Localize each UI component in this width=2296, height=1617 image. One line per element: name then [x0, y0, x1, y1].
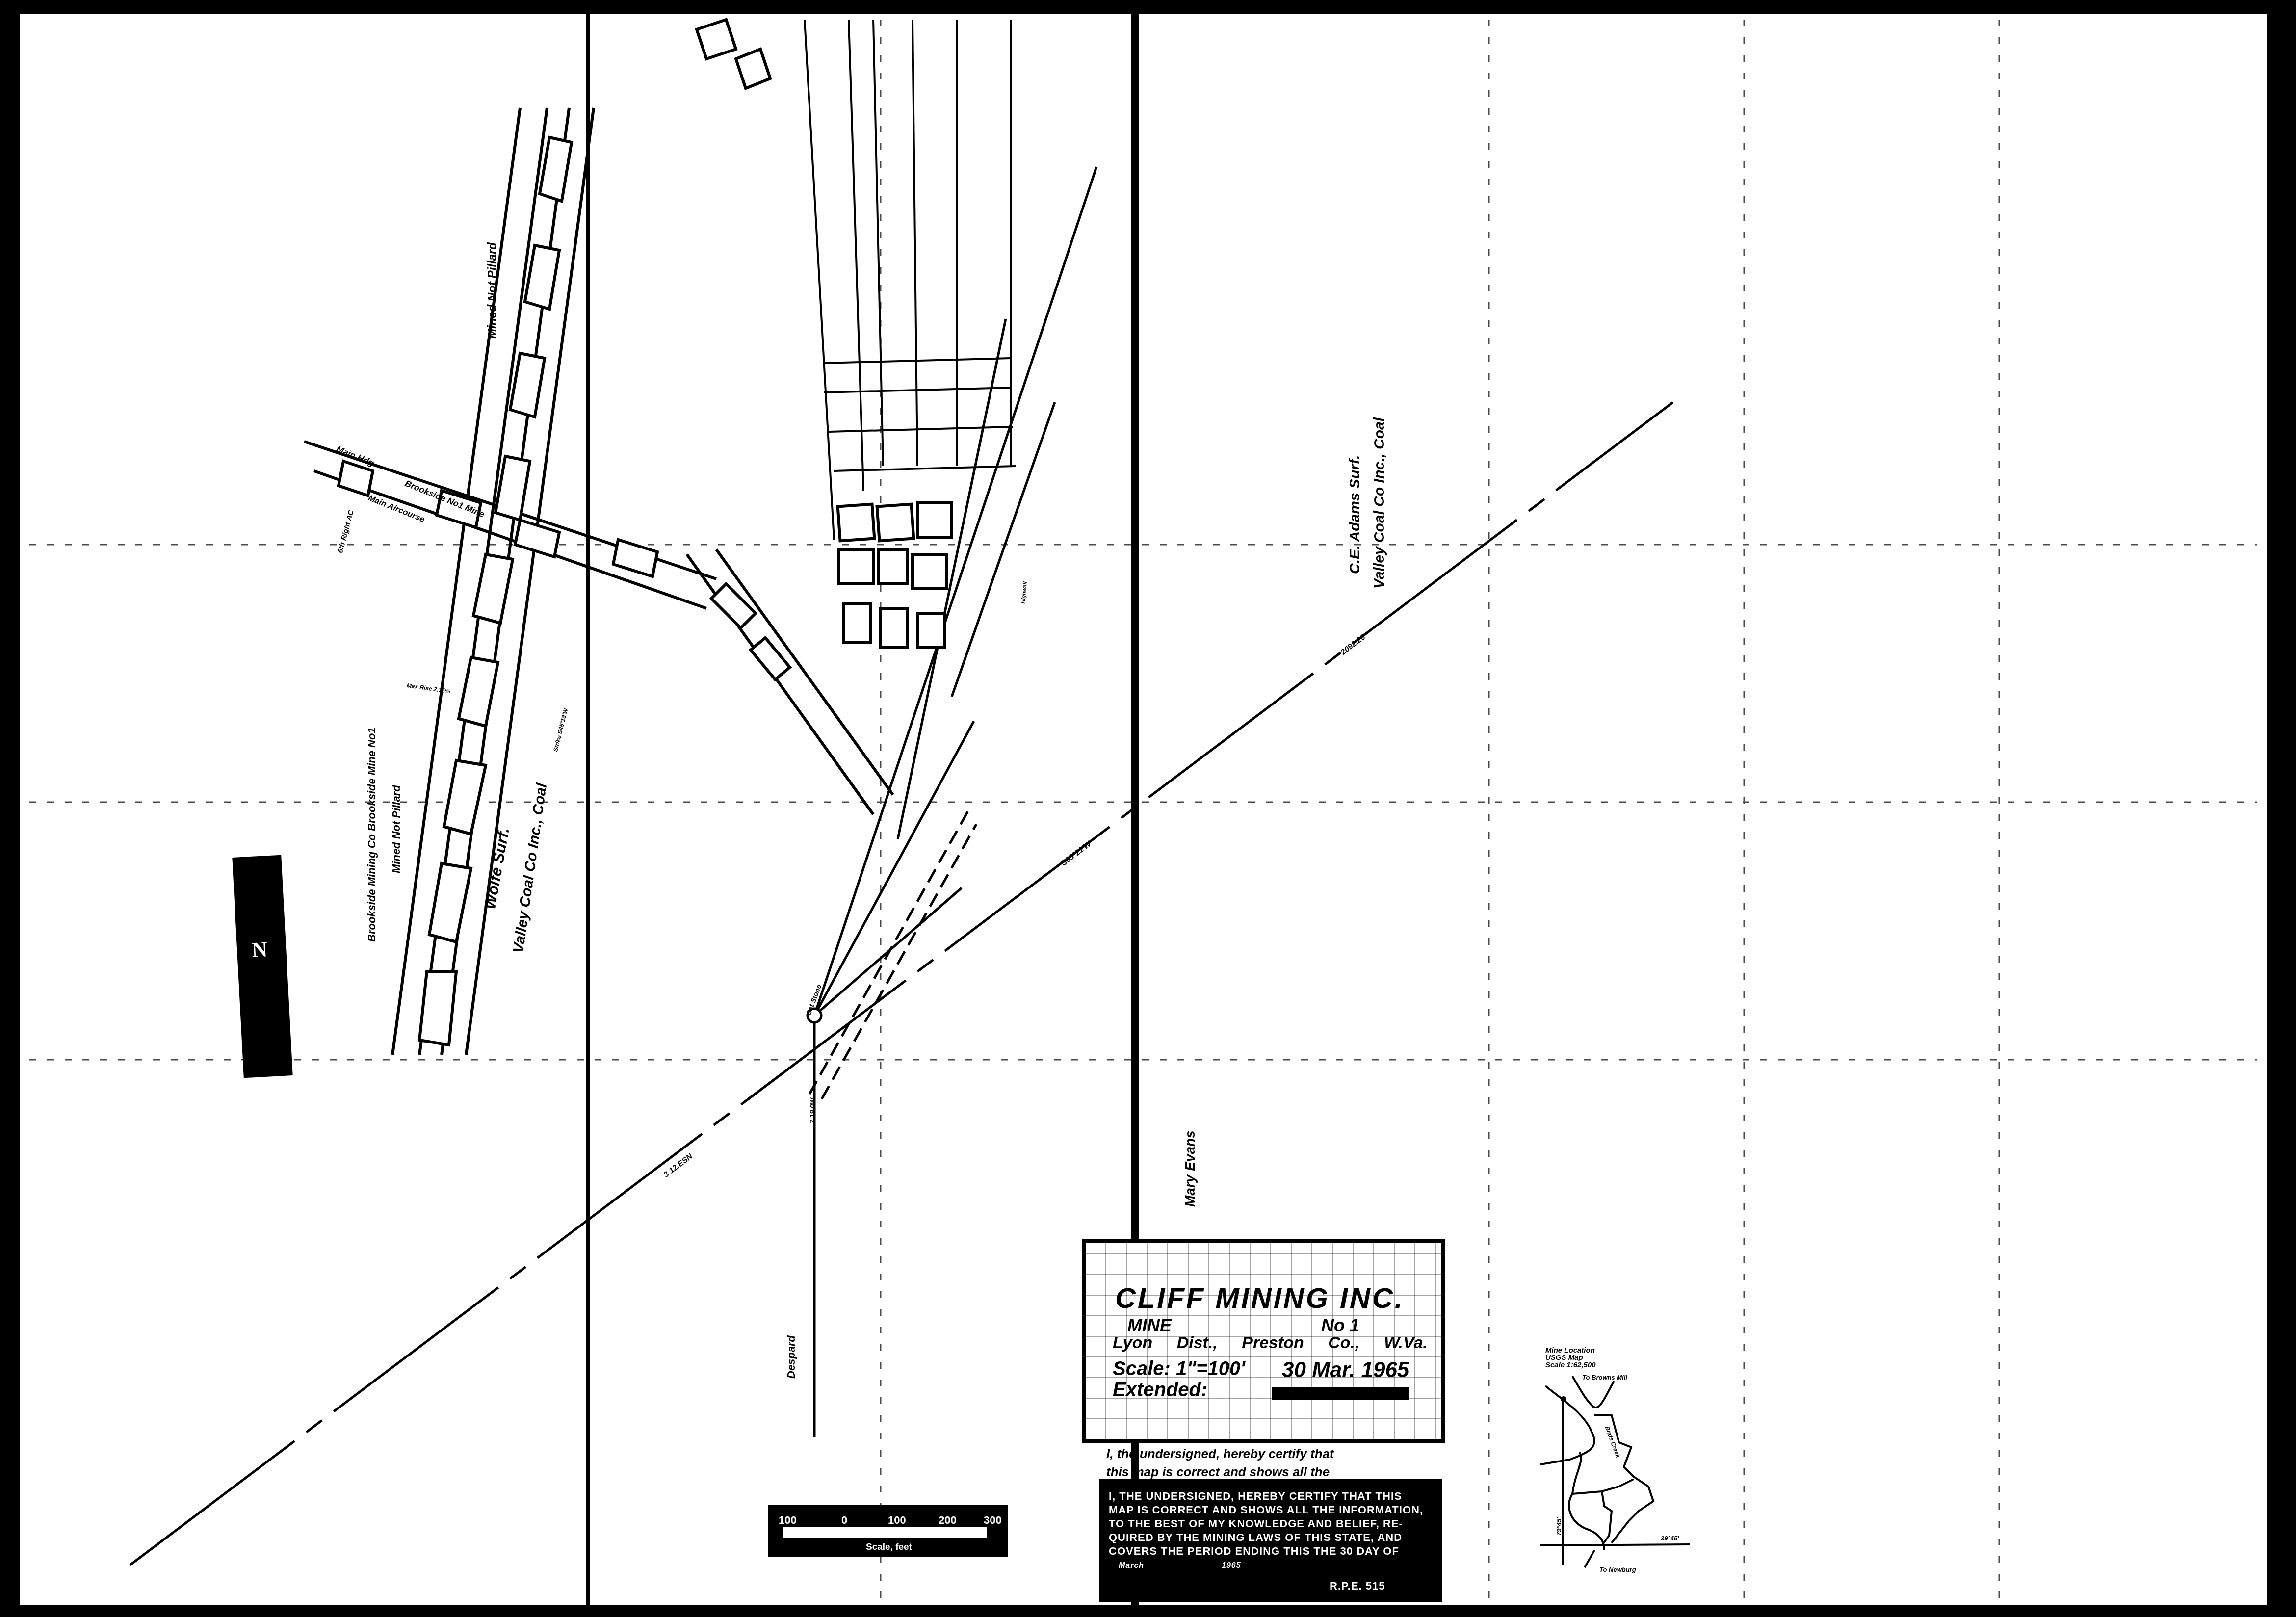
inset-lat: 39°45' — [1661, 1535, 1679, 1542]
cert-line-2: MAP IS CORRECT AND SHOWS ALL THE INFORMA… — [1109, 1504, 1423, 1516]
cert-line-5: COVERS THE PERIOD ENDING THIS THE 30 DAY… — [1109, 1545, 1399, 1558]
label-bearing-3: 7.19.0W — [809, 1098, 816, 1123]
inset-title-line: Mine Location — [1545, 1347, 1596, 1354]
location-line: Lyon Dist., Preston Co., W.Va. — [1113, 1333, 1428, 1353]
inset-title-line: USGS Map — [1545, 1354, 1596, 1361]
mine-number: No 1 — [1321, 1315, 1359, 1336]
label-despard: Despard — [785, 1335, 798, 1379]
cert-rpe: R.P.E. 515 — [1330, 1580, 1385, 1592]
cert-line-3: TO THE BEST OF MY KNOWLEDGE AND BELIEF, … — [1109, 1517, 1403, 1530]
map-scale: Scale: 1"=100' — [1113, 1358, 1245, 1380]
cert-year: 1965 — [1222, 1562, 1241, 1570]
title-block: CLIFF MINING INC. MINE No 1 Lyon Dist., … — [1082, 1239, 1445, 1443]
cert-handwritten-1: I, the undersigned, hereby certify that — [1106, 1446, 1334, 1461]
mine-label: MINE — [1127, 1315, 1172, 1336]
cert-handwritten-2: this map is correct and shows all the — [1106, 1464, 1330, 1480]
scale-tick: 200 — [939, 1514, 957, 1527]
map-date: 30 Mar. 1965 — [1282, 1358, 1409, 1382]
label-mined-not-pillard: Mined Not Pillard — [486, 242, 499, 339]
certification-stamp: I, THE UNDERSIGNED, HEREBY CERTIFY THAT … — [1099, 1479, 1442, 1602]
district: Lyon Dist., — [1113, 1333, 1218, 1352]
label-adams-coal: Valley Coal Co Inc., Coal — [1371, 417, 1388, 589]
scale-tick: 100 — [779, 1514, 797, 1527]
scale-bar: 100 0 100 200 300 Scale, feet — [768, 1505, 1008, 1557]
scale-caption: Scale, feet — [866, 1542, 912, 1553]
label-mary-evans: Mary Evans — [1182, 1130, 1198, 1207]
scale-tick: 100 — [888, 1514, 906, 1527]
inset-lon: 79°45' — [1555, 1517, 1563, 1536]
company-name: CLIFF MINING INC. — [1115, 1282, 1405, 1315]
label-brookside-mined: Mined Not Pillard — [390, 785, 403, 873]
scale-tick: 0 — [841, 1514, 847, 1527]
cert-line-4: QUIRED BY THE MINING LAWS OF THIS STATE,… — [1109, 1531, 1402, 1544]
scale-bar-graphic — [783, 1527, 987, 1538]
label-adams-surface: C.E. Adams Surf. — [1347, 455, 1363, 574]
extended-label: Extended: — [1113, 1379, 1207, 1401]
inset-to-north: To Browns Mill — [1582, 1374, 1627, 1381]
extended-bar — [1272, 1387, 1409, 1400]
cert-month: March — [1119, 1562, 1144, 1570]
north-arrow-icon: N — [251, 937, 268, 963]
inset-title: Mine Location USGS Map Scale 1:62,500 — [1545, 1347, 1596, 1369]
state: W.Va. — [1384, 1333, 1428, 1352]
label-brookside: Brookside Mining Co Brookside Mine No1 — [365, 727, 378, 942]
inset-title-line: Scale 1:62,500 — [1545, 1361, 1596, 1369]
county: Preston Co., — [1242, 1333, 1359, 1352]
scale-tick: 300 — [984, 1514, 1002, 1527]
cert-line-1: I, THE UNDERSIGNED, HEREBY CERTIFY THAT … — [1109, 1490, 1402, 1503]
inset-to-south: To Newburg — [1599, 1566, 1636, 1573]
